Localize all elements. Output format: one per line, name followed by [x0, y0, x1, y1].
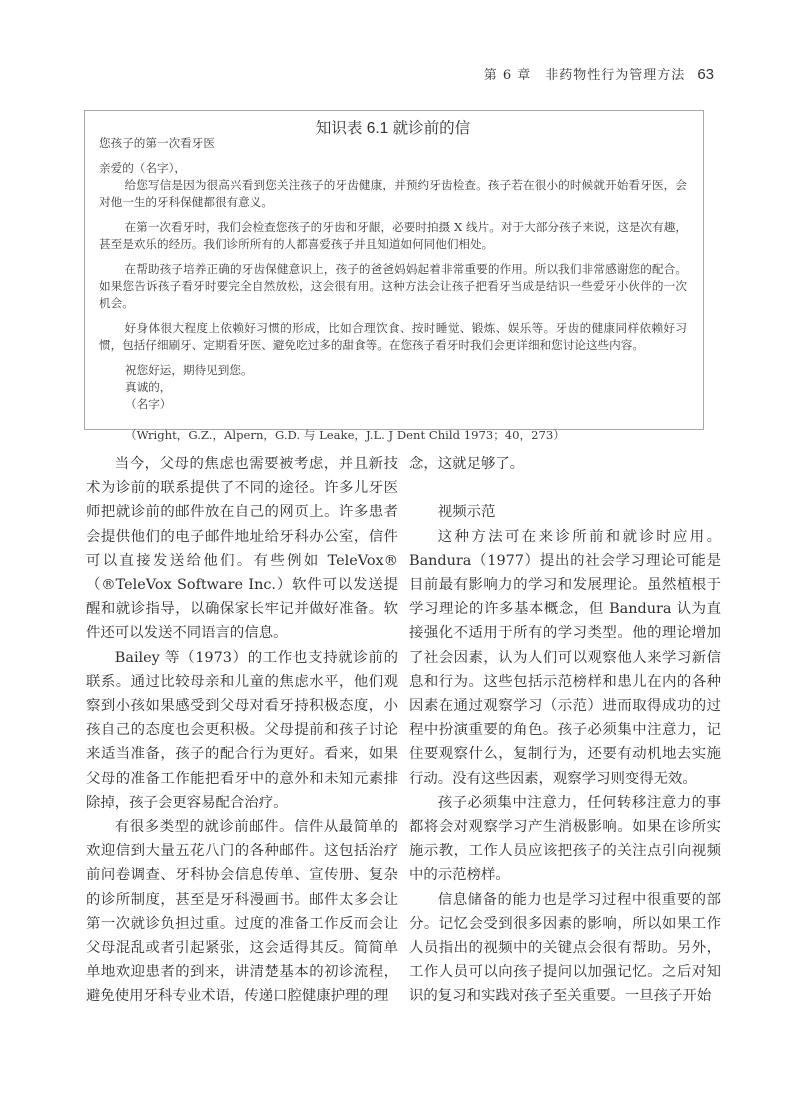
letter-salutation: 亲爱的（名字），: [99, 160, 687, 177]
right-column: 念，这就足够了。 视频示范 这种方法可在来诊所前和就诊时应用。Bandura（1…: [409, 452, 721, 1009]
continued-text: 念，这就足够了。: [409, 452, 721, 476]
letter-paragraph: 好身体很大程度上依赖好习惯的形成，比如合理饮食、按时睡觉、锻炼、娱乐等。牙齿的健…: [99, 320, 687, 354]
letter-paragraph: 给您写信是因为很高兴看到您关注孩子的牙齿健康，并预约牙齿检查。孩子若在很小的时候…: [99, 177, 687, 211]
citation: （Wright，G.Z.，Alpern，G.D. 与 Leake，J.L. J …: [99, 427, 687, 444]
letter-sign-off: 真诚的，: [99, 379, 687, 396]
section-heading: 视频示范: [409, 500, 721, 524]
body-paragraph: Bailey 等（1973）的工作也支持就诊前的联系。通过比较母亲和儿童的焦虑水…: [86, 646, 398, 815]
knowledge-box: 知识表 6.1 就诊前的信 您孩子的第一次看牙医 亲爱的（名字）， 给您写信是因…: [84, 110, 704, 430]
running-header: 第 6 章 非药物性行为管理方法63: [484, 64, 714, 83]
letter-closing: 祝您好运，期待见到您。: [99, 362, 687, 379]
body-paragraph: 当今，父母的焦虑也需要被考虑，并且新技术为诊前的联系提供了不同的途径。许多儿牙医…: [86, 452, 398, 646]
letter-paragraph: 在帮助孩子培养正确的牙齿保健意识上，孩子的爸爸妈妈起着非常重要的作用。所以我们非…: [99, 261, 687, 312]
page-number: 63: [697, 66, 714, 83]
letter-paragraph: 在第一次看牙时，我们会检查您孩子的牙齿和牙龈，必要时拍摄 X 线片。对于大部分孩…: [99, 219, 687, 253]
chapter-title: 第 6 章 非药物性行为管理方法: [484, 68, 686, 83]
body-paragraph: 信息储备的能力也是学习过程中很重要的部分。记忆会受到很多因素的影响，所以如果工作…: [409, 888, 721, 1009]
left-column: 当今，父母的焦虑也需要被考虑，并且新技术为诊前的联系提供了不同的途径。许多儿牙医…: [86, 452, 398, 1009]
body-paragraph: 孩子必须集中注意力，任何转移注意力的事都将会对观察学习产生消极影响。如果在诊所实…: [409, 791, 721, 888]
body-paragraph: 这种方法可在来诊所前和就诊时应用。Bandura（1977）提出的社会学习理论可…: [409, 525, 721, 791]
body-paragraph: 有很多类型的就诊前邮件。信件从最简单的欢迎信到大量五花八门的各种邮件。这包括治疗…: [86, 815, 398, 1009]
letter-signature: （名字）: [99, 396, 687, 413]
